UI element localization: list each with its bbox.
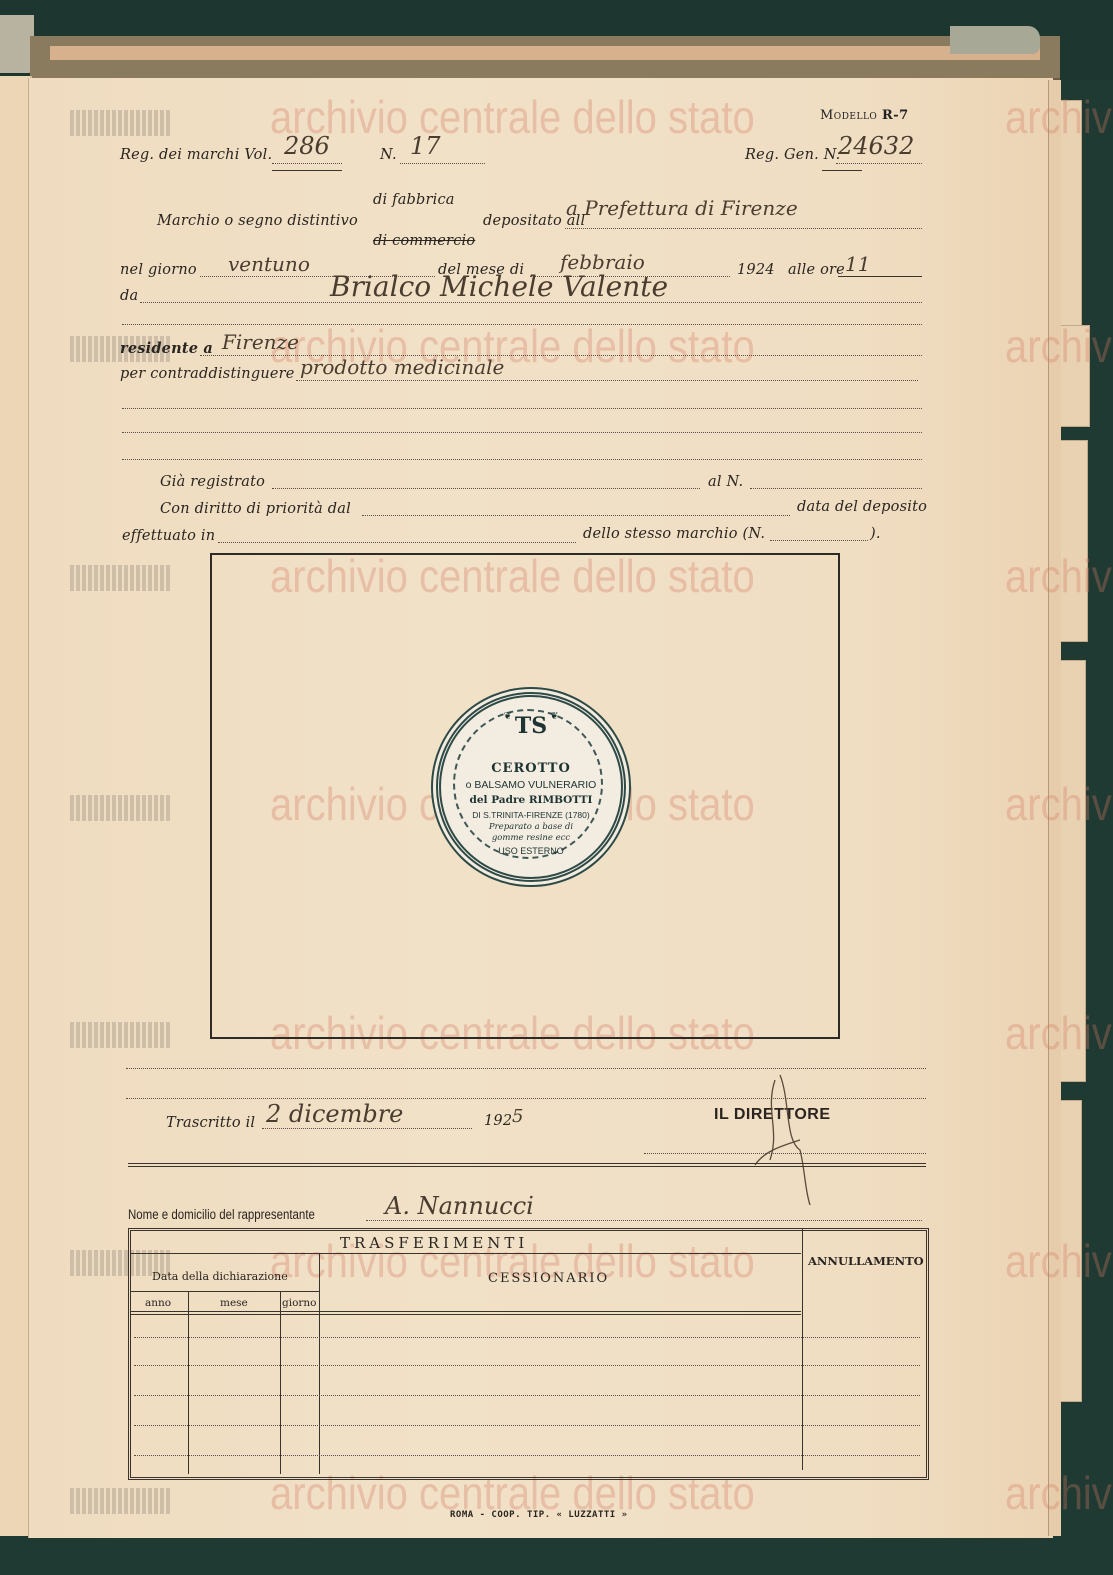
watermark: archivi	[1005, 1237, 1113, 1289]
trascritto-line	[262, 1128, 472, 1129]
year-prefix: 192	[484, 1113, 512, 1129]
blank-line	[122, 459, 922, 460]
table-row	[134, 1455, 920, 1456]
seal-line3: del Padre RIMBOTTI	[441, 794, 621, 806]
date-group-underline	[131, 1291, 319, 1292]
model-number: R-7	[882, 108, 909, 123]
watermark: archivi	[1005, 1469, 1113, 1521]
watermark-logo	[70, 795, 170, 821]
close-paren: ).	[870, 526, 881, 542]
col-anno: anno	[145, 1297, 171, 1309]
contraddistinguere-line	[296, 380, 918, 381]
ore-line	[838, 276, 922, 277]
reg-gen-underline	[822, 170, 862, 171]
n-value: 17	[410, 132, 441, 160]
stesso-marchio-line	[770, 540, 868, 541]
vol-underline	[272, 170, 342, 171]
annullamento-header: ANNULLAMENTO	[808, 1254, 924, 1268]
reg-marchi-label: Reg. dei marchi Vol.	[120, 147, 272, 163]
cloth-corner	[950, 26, 1040, 54]
giorno-value: ventuno	[228, 252, 310, 276]
vol-line	[272, 163, 342, 164]
contraddistinguere-label: per contraddistinguere	[120, 366, 295, 382]
watermark: archivio centrale dello stato	[270, 93, 755, 145]
reg-gen-label: Reg. Gen. N.	[745, 147, 841, 163]
n-label: N.	[380, 147, 397, 163]
ore-label: alle ore	[788, 262, 845, 278]
table-row	[134, 1395, 920, 1396]
date-group-header: Data della dichiarazione	[152, 1270, 288, 1283]
reg-gen-line	[836, 163, 922, 164]
stesso-marchio-label: dello stesso marchio (N.	[583, 526, 765, 542]
n-line	[400, 163, 485, 164]
table-row	[134, 1365, 920, 1366]
effettuato-line	[218, 542, 576, 543]
seal-line5: Preparato a base di	[441, 822, 621, 832]
watermark: archivi	[1005, 552, 1113, 604]
blank-line	[126, 1068, 926, 1069]
depositato-value: a Prefettura di Firenze	[566, 196, 798, 220]
diritto-line	[362, 515, 790, 516]
director-signature	[745, 1070, 825, 1210]
blank-line	[122, 324, 922, 325]
model-prefix: Modello	[820, 108, 877, 123]
watermark: archivi	[1005, 780, 1113, 832]
watermark: archivi	[1005, 93, 1113, 145]
col-divider	[188, 1292, 189, 1474]
contraddistinguere-value: prodotto medicinale	[300, 355, 504, 379]
table-row	[134, 1425, 920, 1426]
double-rule	[128, 1163, 926, 1167]
watermark-logo	[70, 1022, 170, 1048]
seal-line1: CEROTTO	[441, 761, 621, 776]
trascritto-value: 2 dicembre	[266, 1100, 403, 1128]
ore-value: 11	[845, 252, 870, 276]
table-row	[134, 1337, 920, 1338]
header-bottom-rule	[131, 1311, 801, 1315]
data-deposito-label: data del deposito	[797, 499, 927, 515]
gia-registrato-label: Già registrato	[160, 474, 265, 490]
year-suffix: 5	[512, 1106, 523, 1127]
depositato-line	[565, 228, 922, 229]
effettuato-label: effettuato in	[122, 528, 215, 544]
reg-gen-value: 24632	[838, 132, 914, 160]
option-fabbrica: di fabbrica	[373, 192, 455, 208]
blank-line	[122, 432, 922, 433]
gia-registrato-line	[272, 488, 700, 489]
seal-line6: gomme resine ecc	[441, 833, 621, 843]
rappresentante-value: A. Nannucci	[385, 1192, 534, 1220]
seal-line4: DI S.TRINITA-FIRENZE (1780)	[441, 810, 621, 820]
page-tab	[1058, 440, 1088, 642]
rappresentante-line	[366, 1220, 922, 1221]
page-stack-highlight	[50, 46, 1040, 60]
seal-line2: o BALSAMO VULNERARIO	[441, 779, 621, 791]
col-divider	[280, 1292, 281, 1474]
watermark-logo	[70, 110, 170, 136]
watermark: archivi	[1005, 322, 1113, 374]
annullamento-divider	[802, 1228, 803, 1470]
watermark-logo	[70, 1488, 170, 1514]
trademark-seal: TS ❦ ❦ CEROTTO o BALSAMO VULNERARIO del …	[436, 692, 626, 882]
blank-line	[122, 408, 922, 409]
model-code: Modello R-7	[820, 108, 909, 123]
anno-value: 1924	[737, 262, 775, 278]
transfers-title: TRASFERIMENTI	[340, 1234, 528, 1252]
title-underline	[131, 1253, 801, 1254]
watermark: archivi	[1005, 1009, 1113, 1061]
residente-value: Firenze	[222, 330, 299, 354]
da-label: da	[120, 288, 138, 304]
cessionario-header: CESSIONARIO	[488, 1271, 609, 1286]
col-giorno: giorno	[282, 1297, 317, 1309]
giorno-label: nel giorno	[120, 262, 197, 278]
da-value: Brialco Michele Valente	[330, 270, 668, 303]
vol-value: 286	[284, 132, 330, 160]
rappresentante-label: Nome e domicilio del rappresentante	[128, 1207, 315, 1222]
col-mese: mese	[220, 1297, 248, 1309]
diritto-label: Con diritto di priorità dal	[160, 501, 351, 517]
al-n-line	[750, 488, 922, 489]
floral-ornament-icon: ❦ ❦	[441, 711, 621, 722]
al-n-label: al N.	[708, 474, 743, 490]
watermark-logo	[70, 565, 170, 591]
seal-line7: USO ESTERNO	[441, 846, 621, 856]
option-commercio: di commercio	[373, 233, 475, 249]
trascritto-label: Trascritto il	[166, 1115, 255, 1131]
col-divider	[319, 1254, 320, 1474]
printer-imprint: ROMA - COOP. TIP. « LUZZATTI »	[450, 1510, 628, 1520]
cloth-spine	[0, 15, 34, 73]
marchio-label: Marchio o segno distintivo	[157, 213, 358, 229]
